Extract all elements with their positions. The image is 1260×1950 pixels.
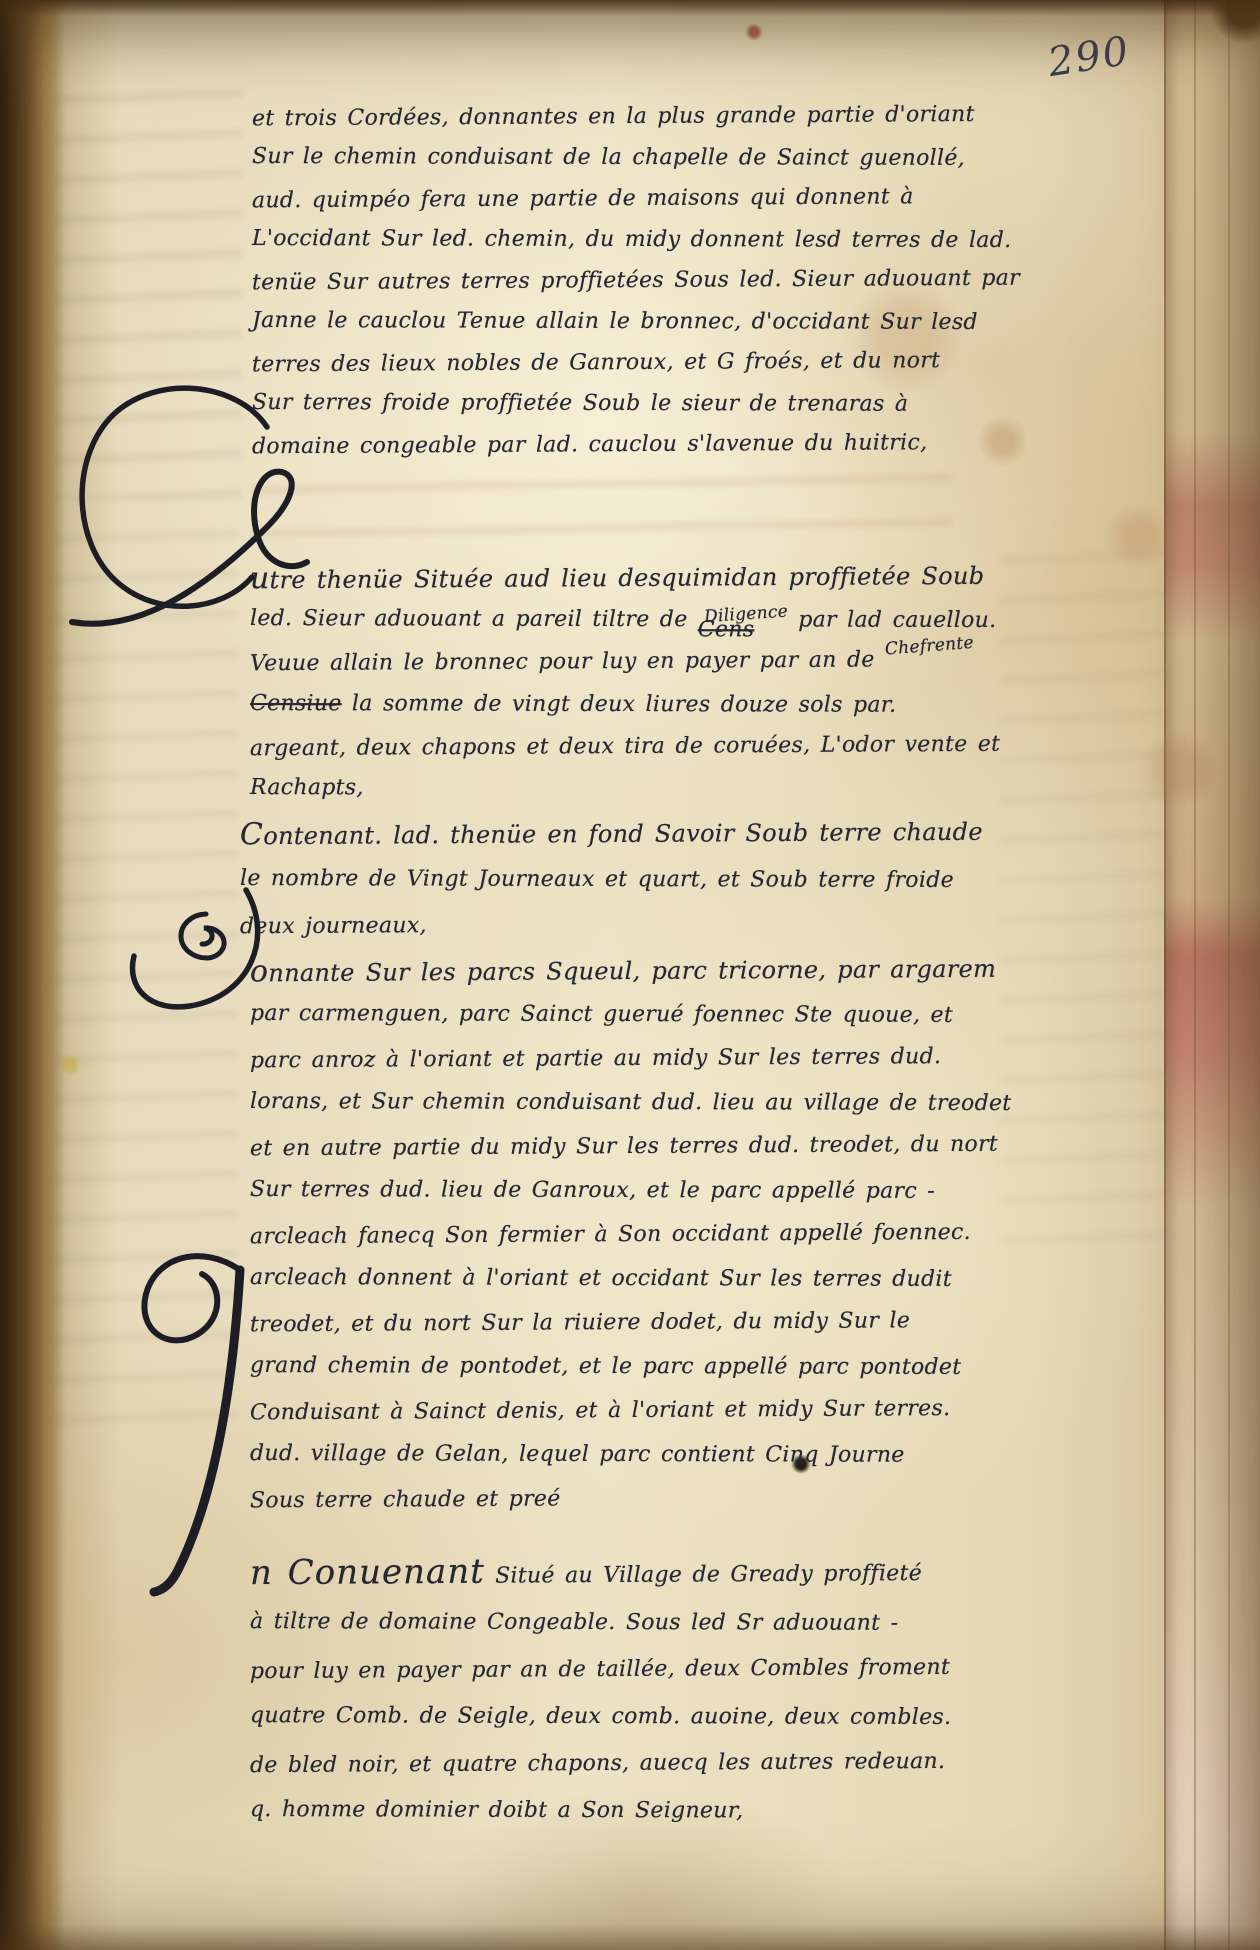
manuscript-line: arcleach fanecq Son fermier à Son occida… [250, 1211, 1012, 1260]
page-top-shadow [0, 0, 1260, 16]
manuscript-line: Janne le cauclou Tenue allain le bronnec… [252, 300, 1020, 343]
manuscript-line: Sur le chemin conduisant de la chapelle … [252, 136, 1020, 179]
manuscript-line: parc anroz à l'oriant et partie au midy … [250, 1035, 1012, 1084]
manuscript-line: quatre Comb. de Seigle, deux comb. auoin… [250, 1692, 951, 1741]
manuscript-line: pour luy en payer par an de taillée, deu… [250, 1644, 952, 1695]
manuscript-line: grand chemin de pontodet, et le parc app… [250, 1344, 1012, 1390]
manuscript-page: 290 et trois Cordées, donnantes en la pl… [0, 0, 1260, 1950]
struck-word: Censiue [250, 691, 342, 716]
line-text: led. Sieur aduouant a pareil tiltre de [250, 606, 698, 632]
torn-page-edges [1164, 0, 1260, 1950]
page-bottom-shadow [0, 1924, 1260, 1950]
line-text: Situé au Village de Gready proffieté [485, 1561, 922, 1589]
line-text: Veuue allain le bronnec pour luy en paye… [250, 647, 885, 676]
manuscript-line: dud. village de Gelan, lequel parc conti… [250, 1432, 1012, 1478]
manuscript-line: onnante Sur les parcs Squeul, parc trico… [250, 946, 1012, 996]
manuscript-line: utre thenüe Située aud lieu desquimidan … [250, 554, 1001, 602]
manuscript-line: à tiltre de domaine Congeable. Sous led … [250, 1598, 951, 1647]
manuscript-line: Rachapts, [250, 767, 1000, 811]
manuscript-line: aud. quimpéo fera une partie de maisons … [252, 176, 1020, 222]
scribal-correction: DiligenceCens [698, 605, 788, 641]
manuscript-line: q. homme dominier doibt a Son Seigneur, [250, 1786, 951, 1835]
paragraph-tenure-description: et trois Cordées, donnantes en la plus g… [252, 96, 1020, 465]
manuscript-line: de bled noir, et quatre chapons, auecq l… [250, 1738, 952, 1789]
manuscript-line: terres des lieux nobles de Ganroux, et G… [252, 340, 1020, 386]
interlinear-insertion: Chefrente [883, 622, 975, 671]
paragraph-contenant: Contenant. lad. thenüe en fond Savoir So… [240, 810, 983, 947]
manuscript-line: par carmenguen, parc Sainct guerué foenn… [250, 992, 1012, 1038]
ink-bleedthrough-left-bottom [48, 520, 238, 1440]
manuscript-line: Censiue la somme de vingt deux liures do… [250, 683, 1000, 727]
paragraph-donnante: onnante Sur les parcs Squeul, parc trico… [250, 948, 1011, 1521]
ink-bleedthrough-left-top [52, 80, 242, 500]
manuscript-line: argeant, deux chapons et deux tira de co… [250, 724, 1001, 771]
manuscript-line: Contenant. lad. thenüe en fond Savoir So… [240, 808, 983, 860]
manuscript-line: et en autre partie du midy Sur les terre… [250, 1123, 1012, 1172]
manuscript-line: treodet, et du nort Sur la riuiere dodet… [250, 1299, 1012, 1348]
ink-bleedthrough-right [1000, 540, 1168, 1260]
page-number: 290 [1045, 28, 1134, 86]
line-text: la somme de vingt deux liures douze sols… [342, 691, 897, 717]
interlinear-insertion: Diligence [703, 605, 788, 625]
manuscript-line: et trois Cordées, donnantes en la plus g… [252, 94, 1020, 140]
manuscript-line: arcleach donnent à l'oriant et occidant … [250, 1256, 1012, 1302]
manuscript-line: lorans, et Sur chemin conduisant dud. li… [250, 1080, 1012, 1126]
manuscript-line: L'occidant Sur led. chemin, du midy donn… [252, 218, 1020, 261]
paragraph-convenant: n Conuenant Situé au Village de Gready p… [250, 1548, 951, 1834]
manuscript-line: tenüe Sur autres terres proffietées Sous… [252, 258, 1020, 304]
manuscript-line: domaine congeable par lad. cauclou s'lav… [252, 422, 1020, 468]
manuscript-line: Sous terre chaude et preé [250, 1475, 1012, 1524]
ink-bleedthrough-center [252, 468, 952, 544]
paragraph-autre-tenue: utre thenüe Située aud lieu desquimidan … [250, 556, 1000, 810]
manuscript-line: n Conuenant Situé au Village de Gready p… [250, 1546, 952, 1601]
manuscript-line: le nombre de Vingt Journeaux et quart, e… [240, 856, 983, 903]
manuscript-line: deux journeaux, [240, 900, 983, 950]
manuscript-line: Conduisant à Sainct denis, et à l'oriant… [250, 1387, 1012, 1436]
book-binding-edge [0, 0, 64, 1950]
manuscript-line: Sur terres froide proffietée Soub le sie… [252, 382, 1020, 425]
section-opening-words: n Conuenant [250, 1552, 485, 1593]
manuscript-line: Sur terres dud. lieu de Ganroux, et le p… [250, 1168, 1012, 1214]
drop-cap-v-flourish-icon [82, 1240, 252, 1600]
manuscript-line: Veuue allain le bronnec pour luy en paye… [250, 639, 1001, 687]
